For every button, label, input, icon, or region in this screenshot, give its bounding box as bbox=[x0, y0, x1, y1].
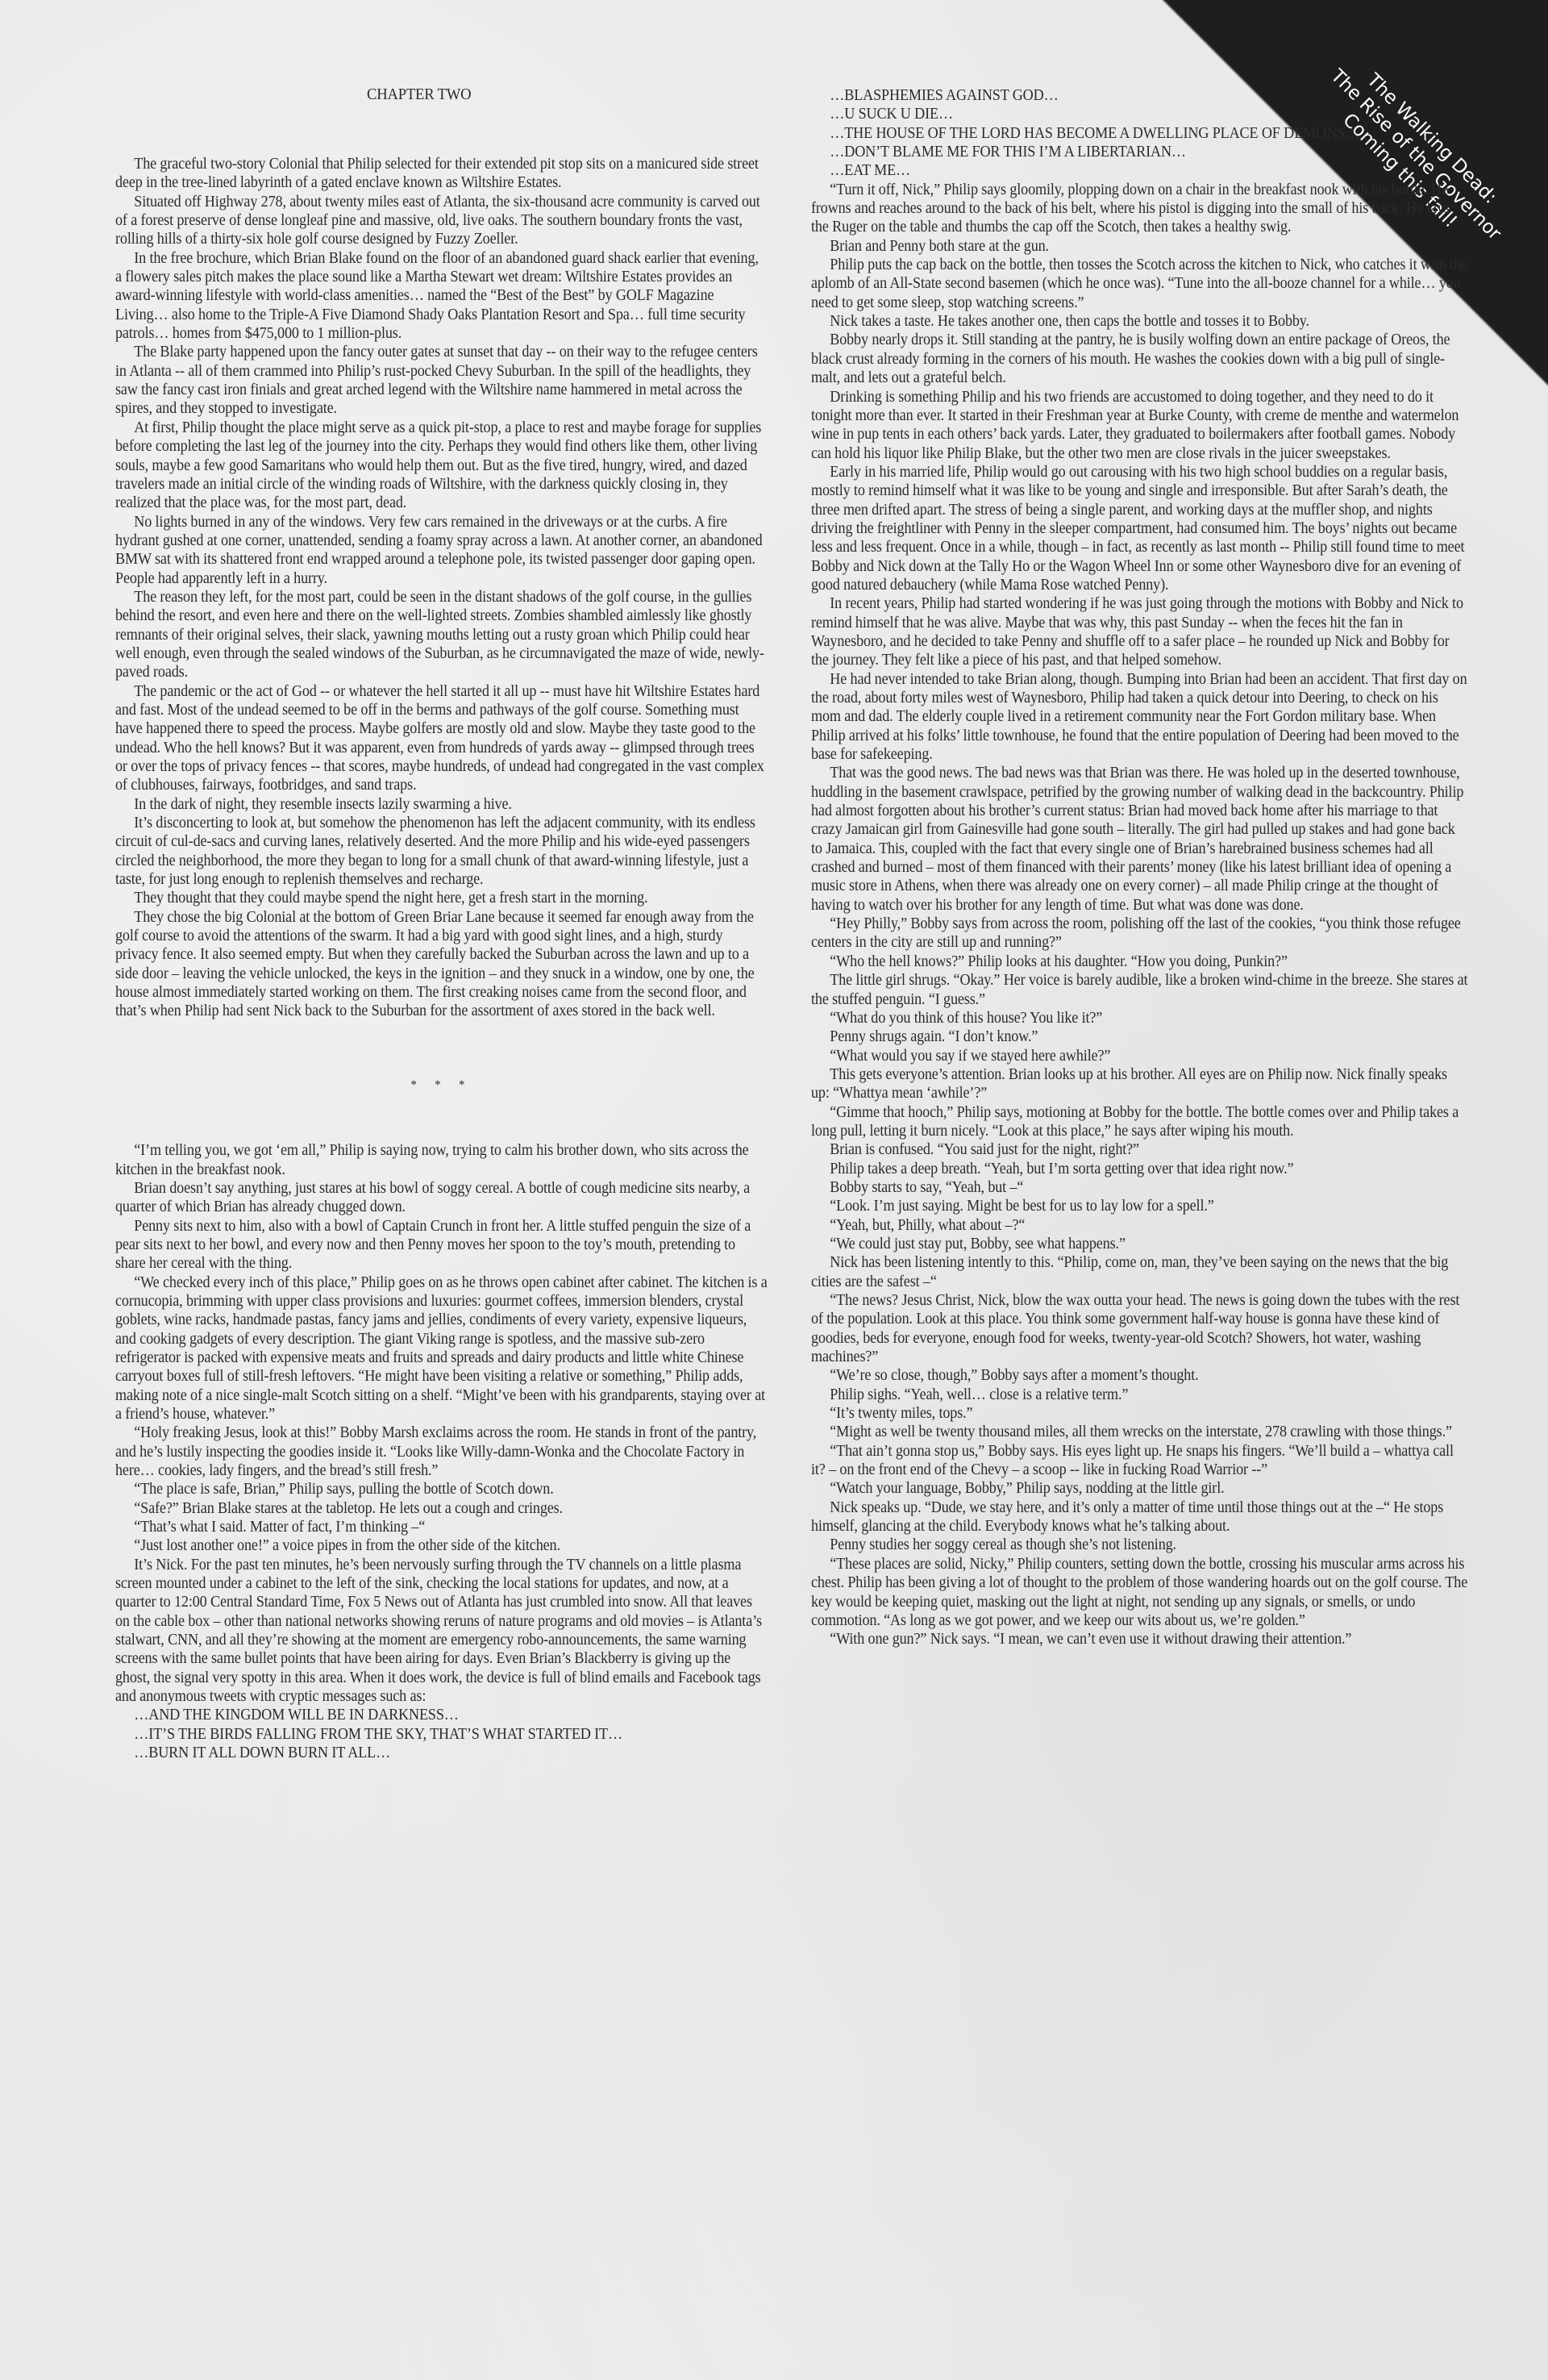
paragraph: Situated off Highway 278, about twenty m… bbox=[115, 193, 768, 249]
paragraph: “Gimme that hooch,” Philip says, motioni… bbox=[811, 1103, 1468, 1141]
paragraph: …BLASPHEMIES AGAINST GOD… bbox=[811, 86, 1468, 105]
paragraph: “The news? Jesus Christ, Nick, blow the … bbox=[811, 1291, 1468, 1366]
paragraph: “That’s what I said. Matter of fact, I’m… bbox=[115, 1518, 768, 1536]
paragraph: “What do you think of this house? You li… bbox=[811, 1009, 1468, 1027]
paragraph: In recent years, Philip had started wond… bbox=[811, 594, 1468, 669]
paragraph: That was the good news. The bad news was… bbox=[811, 764, 1468, 915]
paragraph: “The place is safe, Brian,” Philip says,… bbox=[115, 1480, 768, 1498]
paragraph: At first, Philip thought the place might… bbox=[115, 419, 768, 513]
paragraph: …DON’T BLAME ME FOR THIS I’M A LIBERTARI… bbox=[811, 143, 1468, 161]
paragraph: Early in his married life, Philip would … bbox=[811, 463, 1468, 594]
paragraph: Brian is confused. “You said just for th… bbox=[811, 1140, 1468, 1159]
paragraph: …AND THE KINGDOM WILL BE IN DARKNESS… bbox=[115, 1706, 768, 1724]
paragraph: Philip puts the cap back on the bottle, … bbox=[811, 256, 1468, 312]
paragraph: “What would you say if we stayed here aw… bbox=[811, 1047, 1468, 1065]
paragraph: “That ain’t gonna stop us,” Bobby says. … bbox=[811, 1442, 1468, 1480]
paragraph: “Look. I’m just saying. Might be best fo… bbox=[811, 1197, 1468, 1215]
left-part2: “I’m telling you, we got ‘em all,” Phili… bbox=[115, 1141, 768, 1762]
paragraph: …IT’S THE BIRDS FALLING FROM THE SKY, TH… bbox=[115, 1725, 768, 1744]
paragraph: It’s Nick. For the past ten minutes, he’… bbox=[115, 1556, 768, 1707]
paragraph: “Hey Philly,” Bobby says from across the… bbox=[811, 915, 1468, 952]
paragraph: Nick takes a taste. He takes another one… bbox=[811, 312, 1468, 331]
paragraph: “Holy freaking Jesus, look at this!” Bob… bbox=[115, 1423, 768, 1480]
paragraph: Bobby nearly drops it. Still standing at… bbox=[811, 331, 1468, 387]
paragraph: “We’re so close, though,” Bobby says aft… bbox=[811, 1366, 1468, 1385]
left-text-column: The graceful two-story Colonial that Phi… bbox=[115, 118, 768, 1763]
paragraph: “We checked every inch of this place,” P… bbox=[115, 1273, 768, 1424]
paragraph: “Watch your language, Bobby,” Philip say… bbox=[811, 1479, 1468, 1498]
paragraph: No lights burned in any of the windows. … bbox=[115, 513, 768, 588]
paragraph: “Just lost another one!” a voice pipes i… bbox=[115, 1536, 768, 1555]
paragraph: Nick has been listening intently to this… bbox=[811, 1253, 1468, 1291]
paragraph: This gets everyone’s attention. Brian lo… bbox=[811, 1065, 1468, 1103]
paragraph: The graceful two-story Colonial that Phi… bbox=[115, 155, 768, 193]
paragraph: The reason they left, for the most part,… bbox=[115, 588, 768, 682]
paragraph: They chose the big Colonial at the botto… bbox=[115, 908, 768, 1021]
section-break: * * * bbox=[115, 1076, 768, 1094]
paragraph: Penny shrugs again. “I don’t know.” bbox=[811, 1027, 1468, 1046]
right-text-column: …BLASPHEMIES AGAINST GOD……U SUCK U DIE……… bbox=[811, 86, 1468, 1649]
paragraph: He had never intended to take Brian alon… bbox=[811, 670, 1468, 765]
paragraph: The pandemic or the act of God -- or wha… bbox=[115, 682, 768, 795]
paragraph: It’s disconcerting to look at, but someh… bbox=[115, 814, 768, 889]
chapter-title: CHAPTER TWO bbox=[367, 85, 471, 104]
paragraph: In the free brochure, which Brian Blake … bbox=[115, 249, 768, 344]
left-part1: The graceful two-story Colonial that Phi… bbox=[115, 155, 768, 1021]
paragraph: “Might as well be twenty thousand miles,… bbox=[811, 1423, 1468, 1441]
paragraph: Philip sighs. “Yeah, well… close is a re… bbox=[811, 1386, 1468, 1404]
paragraph: “We could just stay put, Bobby, see what… bbox=[811, 1235, 1468, 1253]
paragraph: The little girl shrugs. “Okay.” Her voic… bbox=[811, 971, 1468, 1009]
paragraph: “With one gun?” Nick says. “I mean, we c… bbox=[811, 1630, 1468, 1648]
paragraph: …THE HOUSE OF THE LORD HAS BECOME A DWEL… bbox=[811, 124, 1468, 143]
paragraph: Brian and Penny both stare at the gun. bbox=[811, 237, 1468, 256]
paragraph: “Yeah, but, Philly, what about –?“ bbox=[811, 1216, 1468, 1235]
paragraph: …BURN IT ALL DOWN BURN IT ALL… bbox=[115, 1744, 768, 1762]
paragraph: The Blake party happened upon the fancy … bbox=[115, 343, 768, 418]
paragraph: …U SUCK U DIE… bbox=[811, 105, 1468, 123]
paragraph: “Safe?” Brian Blake stares at the tablet… bbox=[115, 1499, 768, 1518]
paragraph: …EAT ME… bbox=[811, 161, 1468, 180]
right-paragraphs: …BLASPHEMIES AGAINST GOD……U SUCK U DIE……… bbox=[811, 86, 1468, 1649]
paragraph: Philip takes a deep breath. “Yeah, but I… bbox=[811, 1160, 1468, 1178]
paragraph: They thought that they could maybe spend… bbox=[115, 889, 768, 907]
paragraph: Penny sits next to him, also with a bowl… bbox=[115, 1217, 768, 1273]
paragraph: Brian doesn’t say anything, just stares … bbox=[115, 1179, 768, 1217]
paragraph: Bobby starts to say, “Yeah, but –“ bbox=[811, 1178, 1468, 1197]
paragraph: “Turn it off, Nick,” Philip says gloomil… bbox=[811, 181, 1468, 237]
paragraph: “I’m telling you, we got ‘em all,” Phili… bbox=[115, 1141, 768, 1179]
paragraph: Drinking is something Philip and his two… bbox=[811, 388, 1468, 463]
paragraph: “Who the hell knows?” Philip looks at hi… bbox=[811, 952, 1468, 971]
paragraph: Penny studies her soggy cereal as though… bbox=[811, 1536, 1468, 1554]
paragraph: In the dark of night, they resemble inse… bbox=[115, 795, 768, 814]
paragraph: Nick speaks up. “Dude, we stay here, and… bbox=[811, 1498, 1468, 1536]
paragraph: “It’s twenty miles, tops.” bbox=[811, 1404, 1468, 1423]
paragraph: “These places are solid, Nicky,” Philip … bbox=[811, 1555, 1468, 1630]
